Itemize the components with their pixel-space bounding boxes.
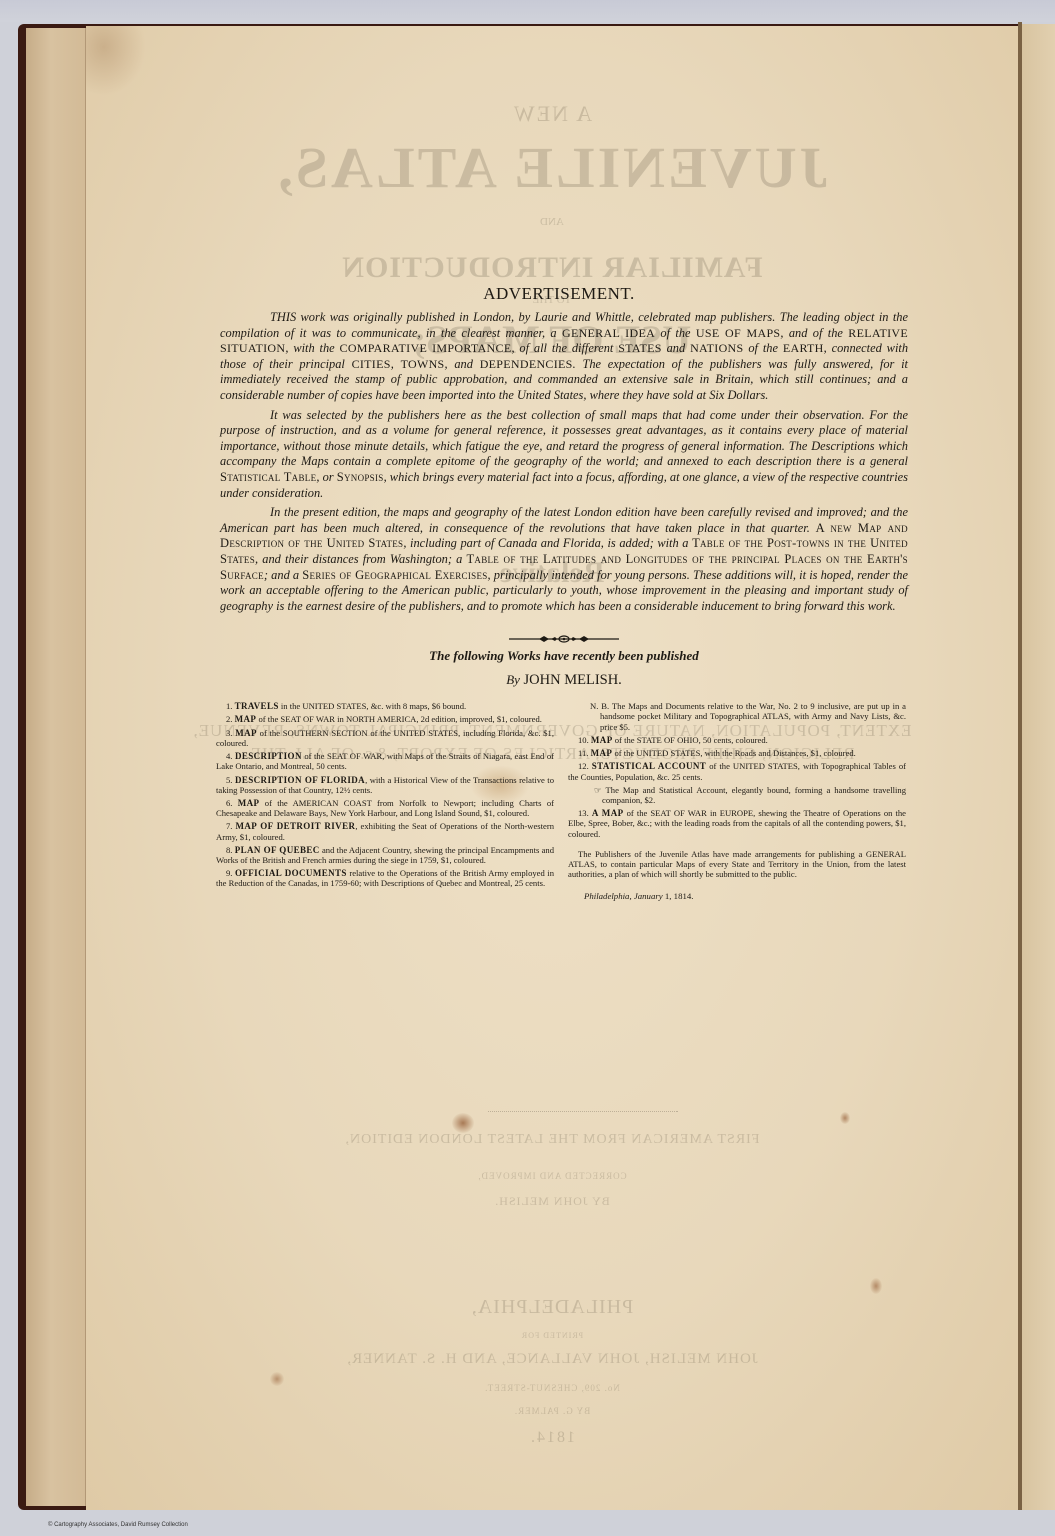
work-number: 3. <box>226 728 232 738</box>
work-number: 10. <box>578 735 589 745</box>
work-item: 7. MAP OF DETROIT RIVER, exhibiting the … <box>216 821 554 841</box>
paragraph-segment: GENERAL IDEA <box>562 326 655 340</box>
works-list: 1. TRAVELS in the UNITED STATES, &c. wit… <box>216 701 906 901</box>
work-number: 4. <box>226 751 232 761</box>
works-left-column: 1. TRAVELS in the UNITED STATES, &c. wit… <box>216 701 554 901</box>
advertisement-paragraph: THIS work was originally published in Lo… <box>220 310 908 404</box>
work-number: 2. <box>226 714 232 724</box>
work-number: 9. <box>226 868 232 878</box>
work-title: MAP <box>591 735 613 745</box>
work-number: 8. <box>226 845 232 855</box>
paragraph-segment: NATIONS <box>690 341 743 355</box>
paragraph-segment: , and their distances from Washington; a <box>255 552 466 566</box>
work-item: 6. MAP of the AMERICAN COAST from Norfol… <box>216 798 554 818</box>
work-item: 2. MAP of the SEAT OF WAR in NORTH AMERI… <box>216 714 554 724</box>
hand-note: ☞ The Map and Statistical Account, elega… <box>576 785 906 805</box>
scan-backdrop <box>0 0 1055 22</box>
work-title: MAP <box>235 728 257 738</box>
work-item: 11. MAP of the UNITED STATES, with the R… <box>568 748 906 758</box>
work-number: 5. <box>226 775 232 785</box>
work-number: 11. <box>578 748 588 758</box>
advertisement-body: THIS work was originally published in Lo… <box>220 310 908 614</box>
publishers-note: The Publishers of the Juvenile Atlas hav… <box>568 849 906 880</box>
works-by-prefix: By <box>506 672 520 687</box>
work-title: OFFICIAL DOCUMENTS <box>235 868 347 878</box>
pointing-hand-icon: ☞ <box>594 785 606 795</box>
paragraph-segment: , of all the different <box>511 341 618 355</box>
work-title: MAP <box>235 714 257 724</box>
work-desc: of the SOUTHERN SECTION of the UNITED ST… <box>216 728 554 748</box>
work-number: 1. <box>226 701 232 711</box>
works-right-items: 10. MAP of the STATE OF OHIO, 50 cents, … <box>568 735 906 782</box>
work-title: STATISTICAL ACCOUNT <box>592 761 706 771</box>
work-item: 4. DESCRIPTION of the SEAT OF WAR, with … <box>216 751 554 771</box>
ornament-icon <box>509 635 619 643</box>
dateline: Philadelphia, January 1, 1814. <box>568 891 906 901</box>
paragraph-segment: ; and a <box>264 568 302 582</box>
flyleaf-strip <box>26 28 88 1506</box>
paragraph-segment: of the <box>655 326 696 340</box>
work-item: 10. MAP of the STATE OF OHIO, 50 cents, … <box>568 735 906 745</box>
work-title: MAP OF DETROIT RIVER <box>235 821 355 831</box>
work-item: 1. TRAVELS in the UNITED STATES, &c. wit… <box>216 701 554 711</box>
paragraph-segment: of the <box>744 341 783 355</box>
work-title: MAP <box>591 748 613 758</box>
ornamental-rule <box>509 630 619 638</box>
work-number: 7. <box>226 821 232 831</box>
dateline-place: Philadelphia, January <box>584 891 663 901</box>
paragraph-segment: COMPARATIVE IMPORTANCE <box>340 341 512 355</box>
paragraph-segment: Series of Geographical Exercises <box>302 568 487 582</box>
copyright-notice: © Cartography Associates, David Rumsey C… <box>48 1522 188 1528</box>
paragraph-segment: USE OF MAPS <box>696 326 781 340</box>
work-item: 3. MAP of the SOUTHERN SECTION of the UN… <box>216 728 554 748</box>
advertisement-paragraph: It was selected by the publishers here a… <box>220 408 908 502</box>
paragraph-segment: , with the <box>285 341 339 355</box>
paragraph-segment: and <box>662 341 690 355</box>
paragraph-segment: In the present edition, the maps and geo… <box>220 505 908 535</box>
work-title: PLAN OF QUEBEC <box>235 845 320 855</box>
paragraph-segment: STATES <box>618 341 662 355</box>
work-number: 13. <box>578 808 589 818</box>
next-page-edge <box>1022 24 1055 1510</box>
work-desc: in the UNITED STATES, &c. with 8 maps, $… <box>279 701 466 711</box>
work-number: 6. <box>226 798 232 808</box>
works-right-column: N. B. The Maps and Documents relative to… <box>568 701 906 901</box>
work-number: 12. <box>578 761 589 771</box>
dateline-date: 1, 1814. <box>663 891 694 901</box>
paragraph-segment: , and <box>445 357 480 371</box>
works-heading: The following Works have recently been p… <box>220 648 908 664</box>
works-by-name: JOHN MELISH. <box>524 672 622 688</box>
paragraph-segment: It was selected by the publishers here a… <box>220 408 908 469</box>
work-item: 9. OFFICIAL DOCUMENTS relative to the Op… <box>216 868 554 888</box>
work-desc: of the AMERICAN COAST from Norfolk to Ne… <box>216 798 554 818</box>
advertisement-paragraph: In the present edition, the maps and geo… <box>220 505 908 614</box>
paragraph-segment: , or <box>316 470 336 484</box>
work-desc: of the UNITED STATES, with the Roads and… <box>612 748 855 758</box>
work-title: MAP <box>238 798 260 808</box>
work-title: DESCRIPTION OF FLORIDA <box>235 775 365 785</box>
advertisement-title: ADVERTISEMENT. <box>210 284 908 304</box>
work-title: DESCRIPTION <box>235 751 302 761</box>
paragraph-segment: Statistical Table <box>220 470 316 484</box>
work-title: A MAP <box>592 808 624 818</box>
works-author: By JOHN MELISH. <box>220 672 908 689</box>
work-desc: of the STATE OF OHIO, 50 cents, coloured… <box>613 735 768 745</box>
paragraph-segment: TOWNS <box>401 357 445 371</box>
paragraph-segment: CITIES <box>352 357 391 371</box>
work-item-13: 13. A MAP of the SEAT OF WAR in EUROPE, … <box>568 808 906 839</box>
paragraph-segment: , including part of Canada and Florida, … <box>403 536 692 550</box>
paragraph-segment: , <box>391 357 401 371</box>
nb-note: N. B. The Maps and Documents relative to… <box>578 701 906 732</box>
paragraph-segment: Synopsis <box>337 470 384 484</box>
paragraph-segment: DEPENDENCIES <box>480 357 573 371</box>
work-title: TRAVELS <box>235 701 279 711</box>
paragraph-segment: EARTH <box>783 341 824 355</box>
work-item: 8. PLAN OF QUEBEC and the Adjacent Count… <box>216 845 554 865</box>
advertisement-page: ADVERTISEMENT. THIS work was originally … <box>220 284 908 902</box>
work-desc: of the SEAT OF WAR in NORTH AMERICA, 2d … <box>256 714 542 724</box>
paragraph-segment: , and of the <box>780 326 848 340</box>
hand-note-text: The Map and Statistical Account, elegant… <box>602 785 906 805</box>
work-item: 12. STATISTICAL ACCOUNT of the UNITED ST… <box>568 761 906 781</box>
work-item: 5. DESCRIPTION OF FLORIDA, with a Histor… <box>216 775 554 795</box>
